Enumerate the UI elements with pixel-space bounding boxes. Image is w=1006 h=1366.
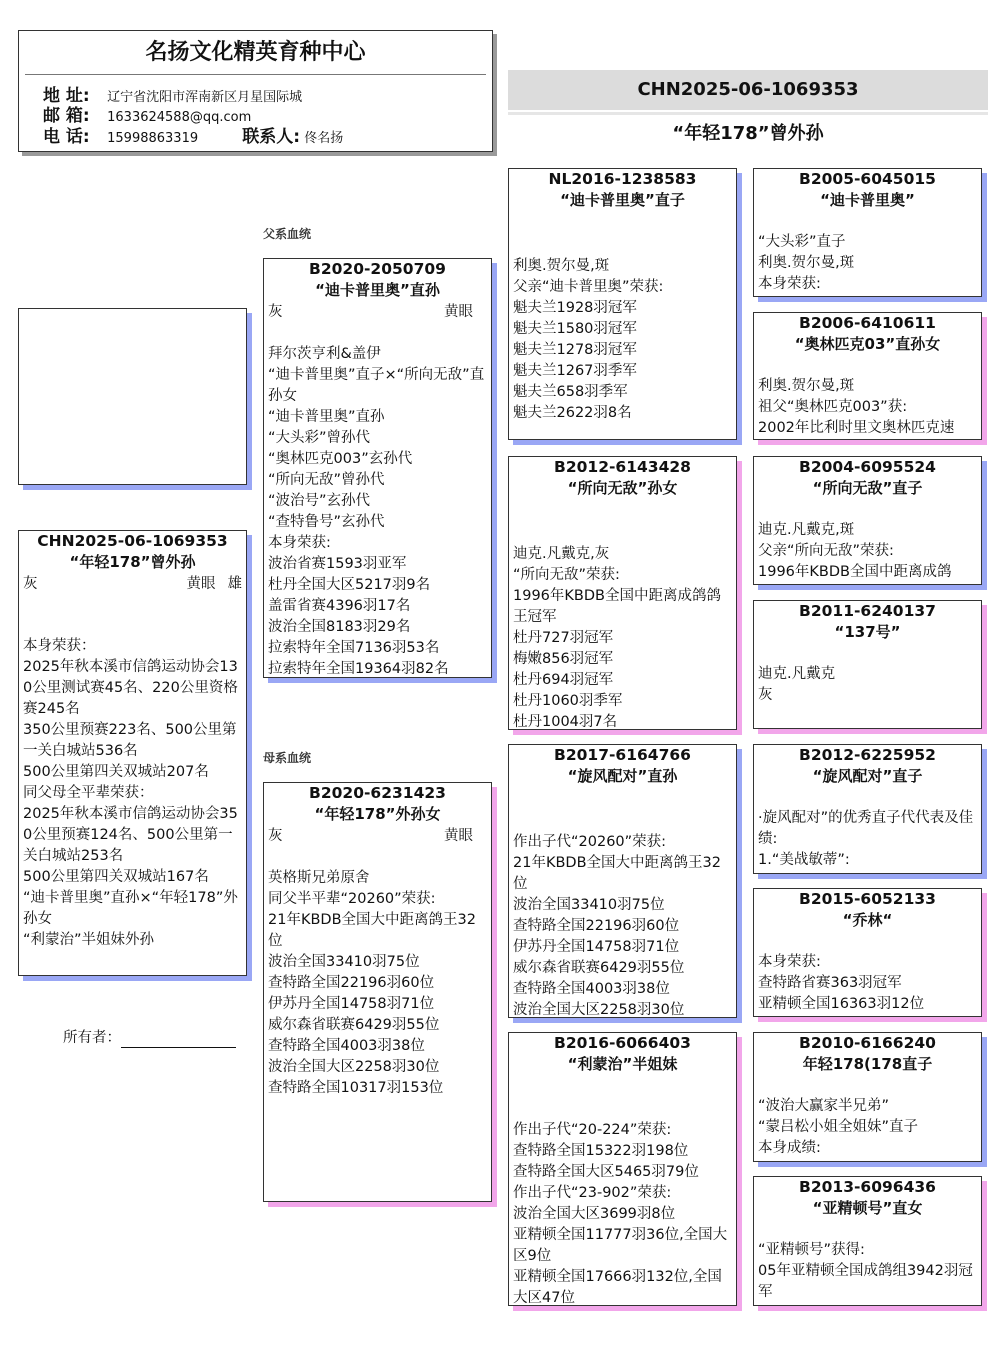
- subject-name: “年轻178”曾外孙: [23, 551, 242, 573]
- dam-line: 21年KBDB全国大中距离鸽王32位: [268, 910, 487, 952]
- email-row: 邮 箱: 1633624588@qq.com: [43, 106, 251, 128]
- card-line: 亚精顿全国16363羽12位: [758, 994, 977, 1015]
- card-line: 杜丹1060羽季军: [513, 691, 732, 712]
- card-line: 利奥.贺尔曼,斑: [513, 256, 732, 277]
- card-line: 2002年比利时里文奥林匹克速: [758, 418, 977, 439]
- card-line: 魁夫兰1580羽冠军: [513, 319, 732, 340]
- card-name: “乔林“: [758, 909, 977, 931]
- grandsire-paternal-card: NL2016-1238583 “迪卡普里奥”直子 利奥.贺尔曼,斑 父亲“迪卡普…: [508, 168, 737, 440]
- sire-line: 波治全国8183羽29名: [268, 617, 487, 638]
- card-ring: B2017-6164766: [513, 745, 732, 765]
- sire-line: 波治省赛1593羽亚军: [268, 554, 487, 575]
- dam-line: 同父半平辈“20260”荣获:: [268, 889, 487, 910]
- card-line: 魁夫兰1267羽季军: [513, 361, 732, 382]
- card-line: 杜丹694羽冠军: [513, 670, 732, 691]
- sire-line: 本身荣获:: [268, 533, 487, 554]
- subject-line: 2025年秋本溪市信鸽运动协会130公里测试赛45名、220公里资格赛245名: [23, 657, 242, 720]
- card-line: 波治全国大区2258羽30位: [513, 1000, 732, 1018]
- card-ring: B2015-6052133: [758, 889, 977, 909]
- sire-ring: B2020-2050709: [268, 259, 487, 279]
- sire-line: 拉索特年全国19364羽82名: [268, 659, 487, 678]
- card-name: “所向无敌”直子: [758, 477, 977, 499]
- card-line: “大头彩”直子: [758, 232, 977, 253]
- card-line: 查特路全国15322羽198位: [513, 1141, 732, 1162]
- card-line: 杜丹727羽冠军: [513, 628, 732, 649]
- card-line: 21年KBDB全国大中距离鸽王32位: [513, 853, 732, 895]
- pedigree-divider: [508, 112, 988, 115]
- great-grandparent-card-1: B2005-6045015 “迪卡普里奥” “大头彩”直子 利奥.贺尔曼,斑 本…: [753, 168, 982, 297]
- card-ring: B2005-6045015: [758, 169, 977, 189]
- card-line: 作出子代“20260”荣获:: [513, 832, 732, 853]
- card-line: 波治全国大区3699羽8位: [513, 1204, 732, 1225]
- dam-line: 查特路全国4003羽38位: [268, 1036, 487, 1057]
- sire-line: “大头彩”曾孙代: [268, 428, 487, 449]
- pedigree-ring-bar: CHN2025-06-1069353: [508, 70, 988, 110]
- header-divider: [25, 74, 486, 75]
- card-line: 作出子代“20-224”荣获:: [513, 1120, 732, 1141]
- subject-line: 本身荣获：: [23, 636, 242, 657]
- phone-label: 电 话:: [43, 127, 103, 147]
- dam-line: 波治全国大区2258羽30位: [268, 1057, 487, 1078]
- card-line: 父亲“所向无敌”荣获:: [758, 541, 977, 562]
- bird-photo-placeholder: [18, 308, 247, 485]
- card-line: 祖父“奥林匹克003”获:: [758, 397, 977, 418]
- card-name: “迪卡普里奥”直子: [513, 189, 732, 211]
- sire-line: 拉索特年全国7136羽53名: [268, 638, 487, 659]
- card-ring: B2011-6240137: [758, 601, 977, 621]
- card-name: “所向无敌”孙女: [513, 477, 732, 499]
- card-line: 波治全国33410羽75位: [513, 895, 732, 916]
- card-line: 亚精顿全国11777羽36位,全国大区9位: [513, 1225, 732, 1267]
- breeder-header: 名扬文化精英育种中心 地 址: 辽宁省沈阳市浑南新区月星国际城 邮 箱: 163…: [18, 30, 493, 152]
- dam-line: 伊苏丹全国14758羽71位: [268, 994, 487, 1015]
- card-name: “利蒙治”半姐妹: [513, 1053, 732, 1075]
- card-ring: B2012-6225952: [758, 745, 977, 765]
- grandsire-maternal-card: B2017-6164766 “旋风配对”直孙 作出子代“20260”荣获: 21…: [508, 744, 737, 1018]
- great-grandparent-card-8: B2013-6096436 “亚精顿号”直女 “亚精顿号”获得: 05年亚精顿全…: [753, 1176, 982, 1306]
- dam-line: 英格斯兄弟原舍: [268, 868, 487, 889]
- sire-line: 拜尔茨亨利&盖伊: [268, 344, 487, 365]
- card-line: 本身荣获:: [758, 952, 977, 973]
- dam-eye: 黄眼: [444, 825, 473, 847]
- sire-line: 杜丹全国大区5217羽9名: [268, 575, 487, 596]
- owner-field: 所有者：: [63, 1028, 236, 1048]
- card-line: 利奥.贺尔曼,斑: [758, 376, 977, 397]
- sire-line: “波治号”玄孙代: [268, 491, 487, 512]
- great-grandparent-card-7: B2010-6166240 年轻178(178直子 “波治大赢家半兄弟” “蒙吕…: [753, 1032, 982, 1162]
- address-value: 辽宁省沈阳市浑南新区月星国际城: [107, 90, 302, 105]
- great-grandparent-card-6: B2015-6052133 “乔林“ 本身荣获: 查特路省赛363羽冠军 亚精顿…: [753, 888, 982, 1017]
- sire-line-label: 父系血统: [263, 225, 311, 242]
- card-name: “旋风配对”直孙: [513, 765, 732, 787]
- card-ring: B2004-6095524: [758, 457, 977, 477]
- dam-card: B2020-6231423 “年轻178”外孙女 灰 黄眼 英格斯兄弟原舍 同父…: [263, 782, 492, 1202]
- sire-line: “所向无敌”曾孙代: [268, 470, 487, 491]
- card-line: 1996年KBDB全国中距离成鸽鸽王冠军: [513, 586, 732, 628]
- subject-line: “利蒙治”半姐妹外孙: [23, 930, 242, 951]
- email-label: 邮 箱:: [43, 106, 103, 126]
- granddam-paternal-card: B2012-6143428 “所向无敌”孙女 迪克.凡戴克,灰 “所向无敌”荣获…: [508, 456, 737, 730]
- pedigree-title: “年轻178”曾外孙: [508, 120, 988, 148]
- card-line: “亚精顿号”获得:: [758, 1240, 977, 1261]
- card-name: “137号”: [758, 621, 977, 643]
- card-name: “迪卡普里奥”: [758, 189, 977, 211]
- subject-sex: 雄: [228, 576, 243, 592]
- contact-value: 佟名扬: [304, 131, 343, 146]
- subject-color: 灰: [23, 573, 38, 595]
- card-line: 魁夫兰1278羽冠军: [513, 340, 732, 361]
- card-line: 查特路全国22196羽60位: [513, 916, 732, 937]
- card-line: 查特路全国4003羽38位: [513, 979, 732, 1000]
- subject-line: 同父母全平辈荣获：: [23, 783, 242, 804]
- card-line: 伊苏丹全国14758羽71位: [513, 937, 732, 958]
- owner-label: 所有者：: [63, 1030, 121, 1046]
- card-line: “所向无敌”荣获:: [513, 565, 732, 586]
- contact-label: 联系人:: [242, 127, 300, 147]
- sire-line: “迪卡普里奥”直子×“所向无敌”直孙女: [268, 365, 487, 407]
- card-line: 1.“美战敏蒂”:: [758, 850, 977, 871]
- card-line: 魁夫兰2622羽8名: [513, 403, 732, 424]
- card-ring: B2006-6410611: [758, 313, 977, 333]
- great-grandparent-card-4: B2011-6240137 “137号” 迪克.凡戴克 灰: [753, 600, 982, 729]
- dam-line: 查特路全国10317羽153位: [268, 1078, 487, 1099]
- subject-card: CHN2025-06-1069353 “年轻178”曾外孙 灰 黄眼雄 本身荣获…: [18, 530, 247, 976]
- dam-line: 查特路全国22196羽60位: [268, 973, 487, 994]
- granddam-maternal-card: B2016-6066403 “利蒙治”半姐妹 作出子代“20-224”荣获: 查…: [508, 1032, 737, 1306]
- phone-row: 电 话: 15998863319 联系人: 佟名扬: [43, 127, 343, 149]
- sire-name: “迪卡普里奥”直孙: [268, 279, 487, 301]
- card-line: 05年亚精顿全国成鸽组3942羽冠军: [758, 1261, 977, 1303]
- subject-meta: 灰 黄眼雄: [23, 573, 242, 595]
- card-name: “旋风配对”直子: [758, 765, 977, 787]
- card-ring: NL2016-1238583: [513, 169, 732, 189]
- card-ring: B2010-6166240: [758, 1033, 977, 1053]
- owner-blank-line: [121, 1032, 236, 1048]
- card-line: 父亲“迪卡普里奥”荣获:: [513, 277, 732, 298]
- sire-line: “迪卡普里奥”直孙: [268, 407, 487, 428]
- subject-eye: 黄眼: [187, 576, 216, 592]
- card-line: 灰: [758, 685, 977, 706]
- dam-ring: B2020-6231423: [268, 783, 487, 803]
- sire-line: “查特鲁号”玄孙代: [268, 512, 487, 533]
- card-line: 迪克.凡戴克,灰: [513, 544, 732, 565]
- sire-card: B2020-2050709 “迪卡普里奥”直孙 灰 黄眼 拜尔茨亨利&盖伊 “迪…: [263, 258, 492, 678]
- dam-name: “年轻178”外孙女: [268, 803, 487, 825]
- card-line: 杜丹1004羽7名: [513, 712, 732, 730]
- dam-line: 波治全国33410羽75位: [268, 952, 487, 973]
- card-ring: B2012-6143428: [513, 457, 732, 477]
- email-value: 1633624588@qq.com: [107, 110, 251, 125]
- subject-line: 2025年秋本溪市信鸽运动协会350公里预赛124名、500公里第一关白城站25…: [23, 804, 242, 867]
- card-name: “奥林匹克03”直孙女: [758, 333, 977, 355]
- card-line: 本身成绩:: [758, 1138, 977, 1159]
- card-name: “亚精顿号”直女: [758, 1197, 977, 1219]
- card-line: ·旋风配对”的优秀直子代代表及佳绩:: [758, 808, 977, 850]
- phone-value: 15998863319: [107, 131, 198, 146]
- address-row: 地 址: 辽宁省沈阳市浑南新区月星国际城: [43, 86, 302, 108]
- sire-line: “奥林匹克003”玄孙代: [268, 449, 487, 470]
- card-line: 查特路省赛363羽冠军: [758, 973, 977, 994]
- dam-line-label: 母系血统: [263, 749, 311, 766]
- dam-line: 威尔森省联赛6429羽55位: [268, 1015, 487, 1036]
- card-line: “蒙吕松小姐全姐妹”直子: [758, 1117, 977, 1138]
- card-line: 1996年KBDB全国中距离成鸽: [758, 562, 977, 583]
- card-line: 亚精顿全国17666羽132位,全国大区47位: [513, 1267, 732, 1306]
- subject-line: “迪卡普里奥”直孙×“年轻178”外孙女: [23, 888, 242, 930]
- great-grandparent-card-3: B2004-6095524 “所向无敌”直子 迪克.凡戴克,斑 父亲“所向无敌”…: [753, 456, 982, 585]
- subject-line: 500公里第四关双城站207名: [23, 762, 242, 783]
- breeder-name: 名扬文化精英育种中心: [19, 33, 492, 73]
- address-label: 地 址:: [43, 86, 103, 106]
- card-name: 年轻178(178直子: [758, 1053, 977, 1075]
- card-line: 梅嫩856羽冠军: [513, 649, 732, 670]
- card-line: “波治大赢家半兄弟”: [758, 1096, 977, 1117]
- subject-line: 350公里预赛223名、500公里第一关白城站536名: [23, 720, 242, 762]
- subject-ring: CHN2025-06-1069353: [23, 531, 242, 551]
- dam-color: 灰: [268, 825, 283, 847]
- card-ring: B2013-6096436: [758, 1177, 977, 1197]
- card-line: 利奥.贺尔曼,斑: [758, 253, 977, 274]
- great-grandparent-card-5: B2012-6225952 “旋风配对”直子 ·旋风配对”的优秀直子代代表及佳绩…: [753, 744, 982, 874]
- card-line: 迪克.凡戴克: [758, 664, 977, 685]
- sire-line: 盖雷省赛4396羽17名: [268, 596, 487, 617]
- sire-color: 灰: [268, 301, 283, 323]
- card-line: 魁夫兰1928羽冠军: [513, 298, 732, 319]
- sire-eye: 黄眼: [444, 301, 473, 323]
- great-grandparent-card-2: B2006-6410611 “奥林匹克03”直孙女 利奥.贺尔曼,斑 祖父“奥林…: [753, 312, 982, 440]
- dam-meta: 灰 黄眼: [268, 825, 487, 847]
- card-line: 威尔森省联赛6429羽55位: [513, 958, 732, 979]
- card-line: 迪克.凡戴克,斑: [758, 520, 977, 541]
- subject-line: 500公里第四关双城站167名: [23, 867, 242, 888]
- card-line: 查特路全国大区5465羽79位: [513, 1162, 732, 1183]
- card-ring: B2016-6066403: [513, 1033, 732, 1053]
- card-line: 本身荣获:: [758, 274, 977, 295]
- card-line: 作出子代“23-902”荣获:: [513, 1183, 732, 1204]
- sire-meta: 灰 黄眼: [268, 301, 487, 323]
- card-line: 魁夫兰658羽季军: [513, 382, 732, 403]
